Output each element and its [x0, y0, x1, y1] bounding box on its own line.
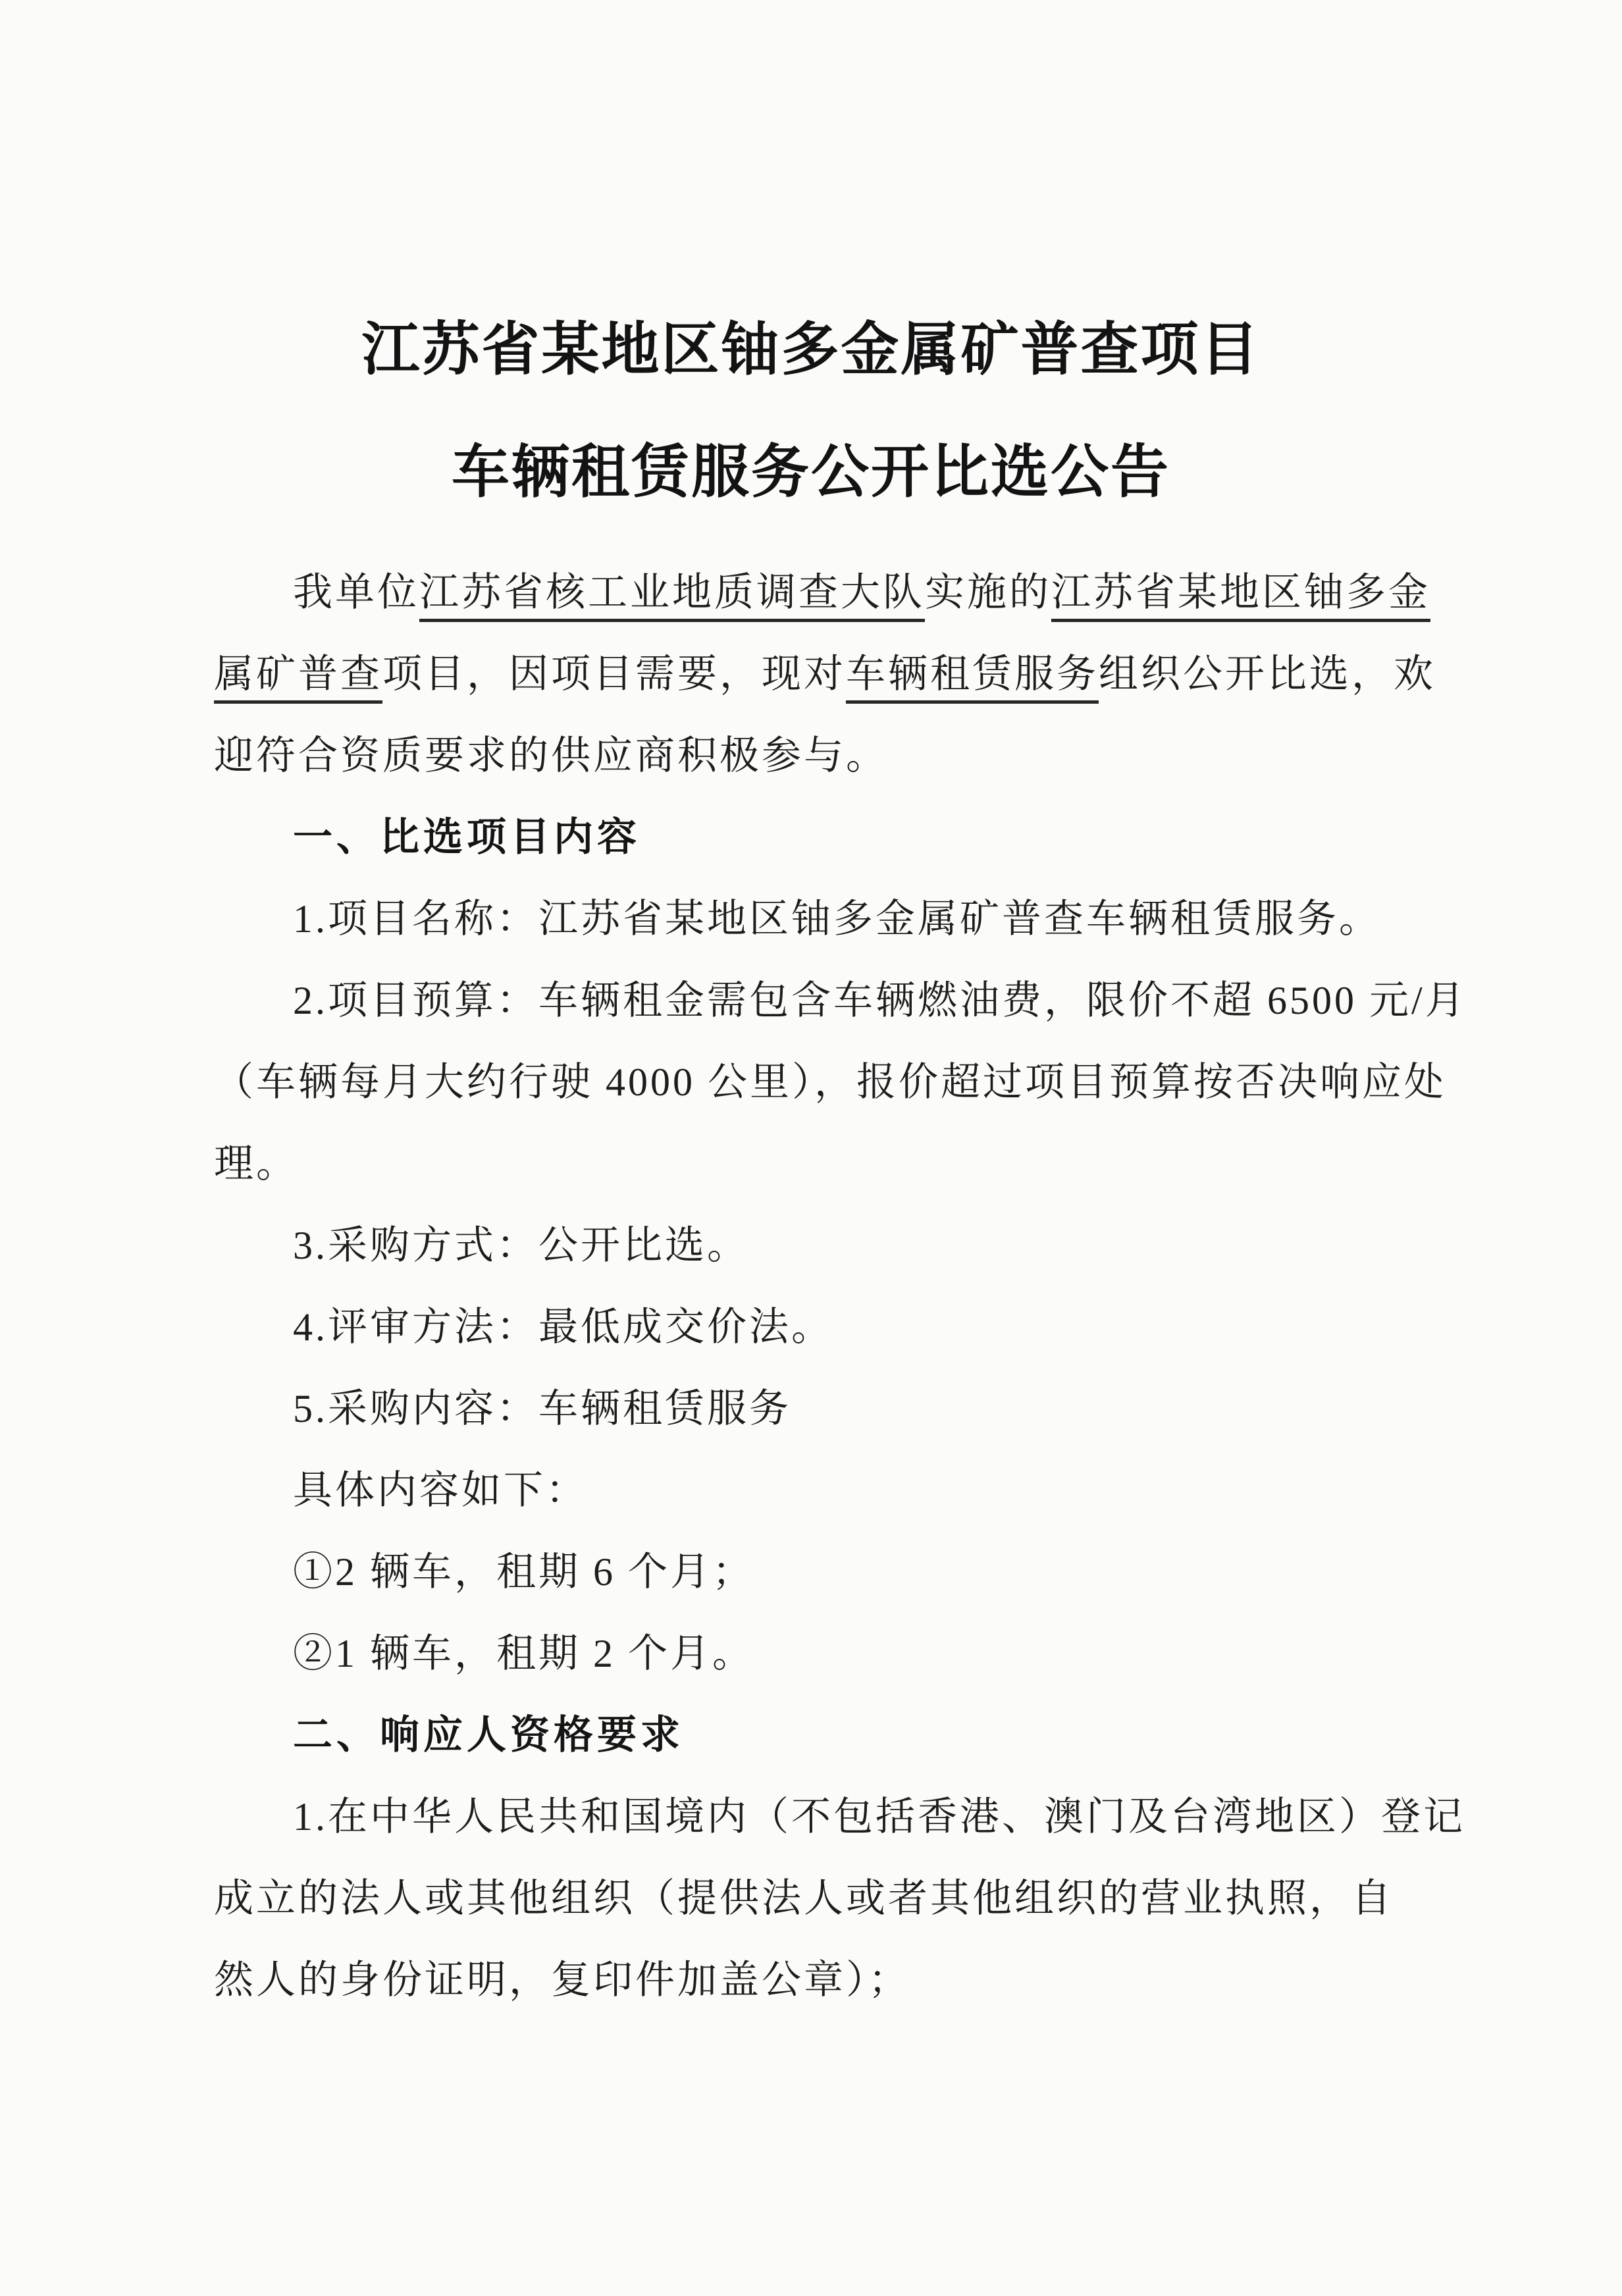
doc-line: 1.项目名称：江苏省某地区铀多金属矿普查车辆租赁服务。: [214, 878, 1438, 960]
doc-line: 成立的法人或其他组织（提供法人或者其他组织的营业执照，自: [214, 1858, 1438, 1939]
text-segment: 理。: [214, 1142, 298, 1186]
doc-line: 属矿普查项目，因项目需要，现对车辆租赁服务组织公开比选，欢: [214, 633, 1438, 715]
doc-line: （车辆每月大约行驶 4000 公里），报价超过项目预算按否决响应处: [214, 1041, 1438, 1123]
text-segment: 项目，因项目需要，现对: [382, 652, 846, 696]
doc-line: ①2 辆车，租期 6 个月；: [214, 1531, 1438, 1613]
text-segment: 3.采购方式：公开比选。: [293, 1224, 749, 1267]
text-segment: ①2 辆车，租期 6 个月；: [293, 1550, 754, 1594]
underlined-text-segment: 江苏省核工业地质调查大队: [419, 571, 925, 622]
doc-line: 5.采购内容：车辆租赁服务: [214, 1368, 1438, 1449]
text-segment: 1.项目名称：江苏省某地区铀多金属矿普查车辆租赁服务。: [293, 897, 1381, 941]
text-segment: 4.评审方法：最低成交价法。: [293, 1305, 833, 1349]
text-segment: 5.采购内容：车辆租赁服务: [293, 1387, 791, 1430]
doc-line: 4.评审方法：最低成交价法。: [214, 1286, 1438, 1368]
scanned-document-page: 江苏省某地区铀多金属矿普查项目 车辆租赁服务公开比选公告 我单位江苏省核工业地质…: [0, 0, 1622, 2296]
doc-line: 1.在中华人民共和国境内（不包括香港、澳门及台湾地区）登记: [214, 1776, 1438, 1858]
document-title: 江苏省某地区铀多金属矿普查项目 车辆租赁服务公开比选公告: [0, 290, 1622, 535]
text-segment: 一、比选项目内容: [293, 815, 641, 859]
doc-line: 我单位江苏省核工业地质调查大队实施的江苏省某地区铀多金: [214, 552, 1438, 633]
text-segment: 组织公开比选，欢: [1099, 652, 1436, 696]
section-heading: 二、响应人资格要求: [214, 1694, 1438, 1776]
doc-line: 理。: [214, 1123, 1438, 1205]
text-segment: 1.在中华人民共和国境内（不包括香港、澳门及台湾地区）登记: [293, 1795, 1465, 1839]
text-segment: 2.项目预算：车辆租金需包含车辆燃油费，限价不超 6500 元/月: [293, 979, 1467, 1022]
text-segment: 成立的法人或其他组织（提供法人或者其他组织的营业执照，自: [214, 1877, 1394, 1920]
doc-line: 具体内容如下：: [214, 1449, 1438, 1531]
doc-line: 迎符合资质要求的供应商积极参与。: [214, 715, 1438, 796]
text-segment: 迎符合资质要求的供应商积极参与。: [214, 734, 888, 777]
document-body: 我单位江苏省核工业地质调查大队实施的江苏省某地区铀多金属矿普查项目，因项目需要，…: [214, 552, 1438, 2021]
text-segment: 二、响应人资格要求: [293, 1713, 684, 1757]
text-segment: 具体内容如下：: [293, 1469, 588, 1512]
underlined-text-segment: 属矿普查: [214, 652, 382, 704]
underlined-text-segment: 江苏省某地区铀多金: [1051, 571, 1430, 622]
text-segment: ②1 辆车，租期 2 个月。: [293, 1632, 754, 1675]
text-segment: （车辆每月大约行驶 4000 公里），报价超过项目预算按否决响应处: [214, 1060, 1446, 1104]
section-heading: 一、比选项目内容: [214, 796, 1438, 878]
doc-line: ②1 辆车，租期 2 个月。: [214, 1613, 1438, 1694]
document-title-line-1: 江苏省某地区铀多金属矿普查项目: [0, 290, 1622, 412]
doc-line: 3.采购方式：公开比选。: [214, 1205, 1438, 1286]
text-segment: 实施的: [925, 571, 1051, 614]
doc-line: 2.项目预算：车辆租金需包含车辆燃油费，限价不超 6500 元/月: [214, 960, 1438, 1041]
underlined-text-segment: 车辆租赁服务: [846, 652, 1099, 704]
document-title-line-2: 车辆租赁服务公开比选公告: [0, 412, 1622, 535]
text-segment: 我单位: [293, 571, 419, 614]
doc-line: 然人的身份证明，复印件加盖公章）；: [214, 1939, 1438, 2021]
text-segment: 然人的身份证明，复印件加盖公章）；: [214, 1958, 910, 2002]
